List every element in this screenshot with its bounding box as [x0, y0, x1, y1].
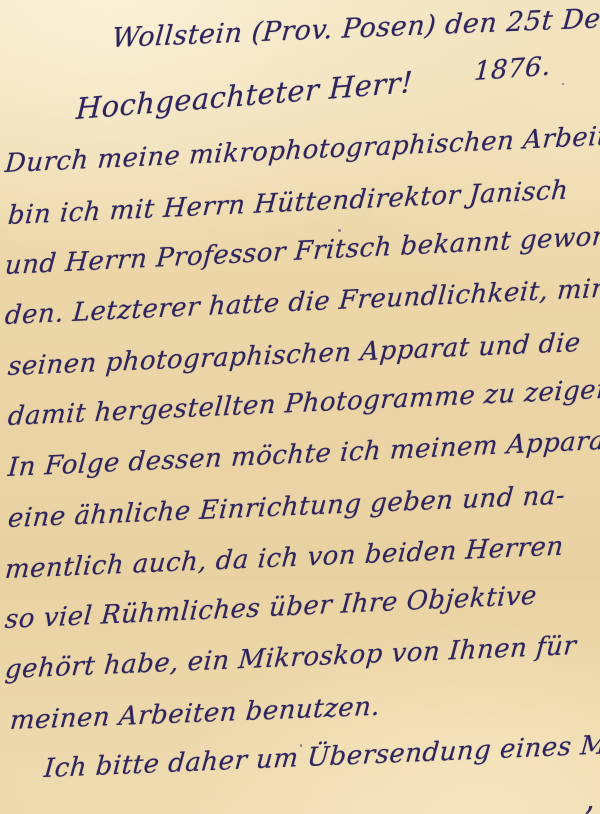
body-line: mentlich auch, da ich von beiden Herren [4, 533, 565, 585]
body-line: eine ähnliche Einrichtung geben und na- [7, 482, 566, 534]
letter-page: Wollstein (Prov. Posen) den 25t Dec. 187… [0, 0, 600, 814]
continuation-mark: , [583, 781, 596, 814]
body-line: so viel Rühmliches über Ihre Objektive [4, 582, 538, 635]
body-line: bin ich mit Herrn Hüttendirektor Janisch [7, 176, 570, 230]
dateline-year: 1876. [473, 53, 551, 87]
body-line: In Folge dessen möchte ich meinem Appara… [7, 426, 600, 482]
body-line: gehört habe, ein Mikroskop von Ihnen für [4, 632, 578, 685]
body-line: Durch meine mikrophotographischen Arbeit… [4, 121, 600, 179]
body-line: Ich bitte daher um Übersendung eines Mik… [43, 729, 600, 784]
ink-speck [338, 229, 341, 232]
body-line: damit hergestellten Photogramme zu zeige… [7, 375, 600, 432]
body-line: seinen photographischen Apparat und die [7, 329, 582, 382]
ink-speck [562, 83, 564, 85]
body-line: und Herrn Professor Fritsch bekannt gewo… [4, 222, 600, 281]
body-line: den. Letzterer hatte die Freundlichkeit,… [4, 275, 600, 331]
dateline-place-date: Wollstein (Prov. Posen) den 25t Dec. [111, 3, 600, 53]
salutation: Hochgeachteter Herr! [75, 67, 413, 126]
body-line: meinen Arbeiten benutzen. [9, 693, 382, 736]
ink-speck [300, 744, 302, 747]
